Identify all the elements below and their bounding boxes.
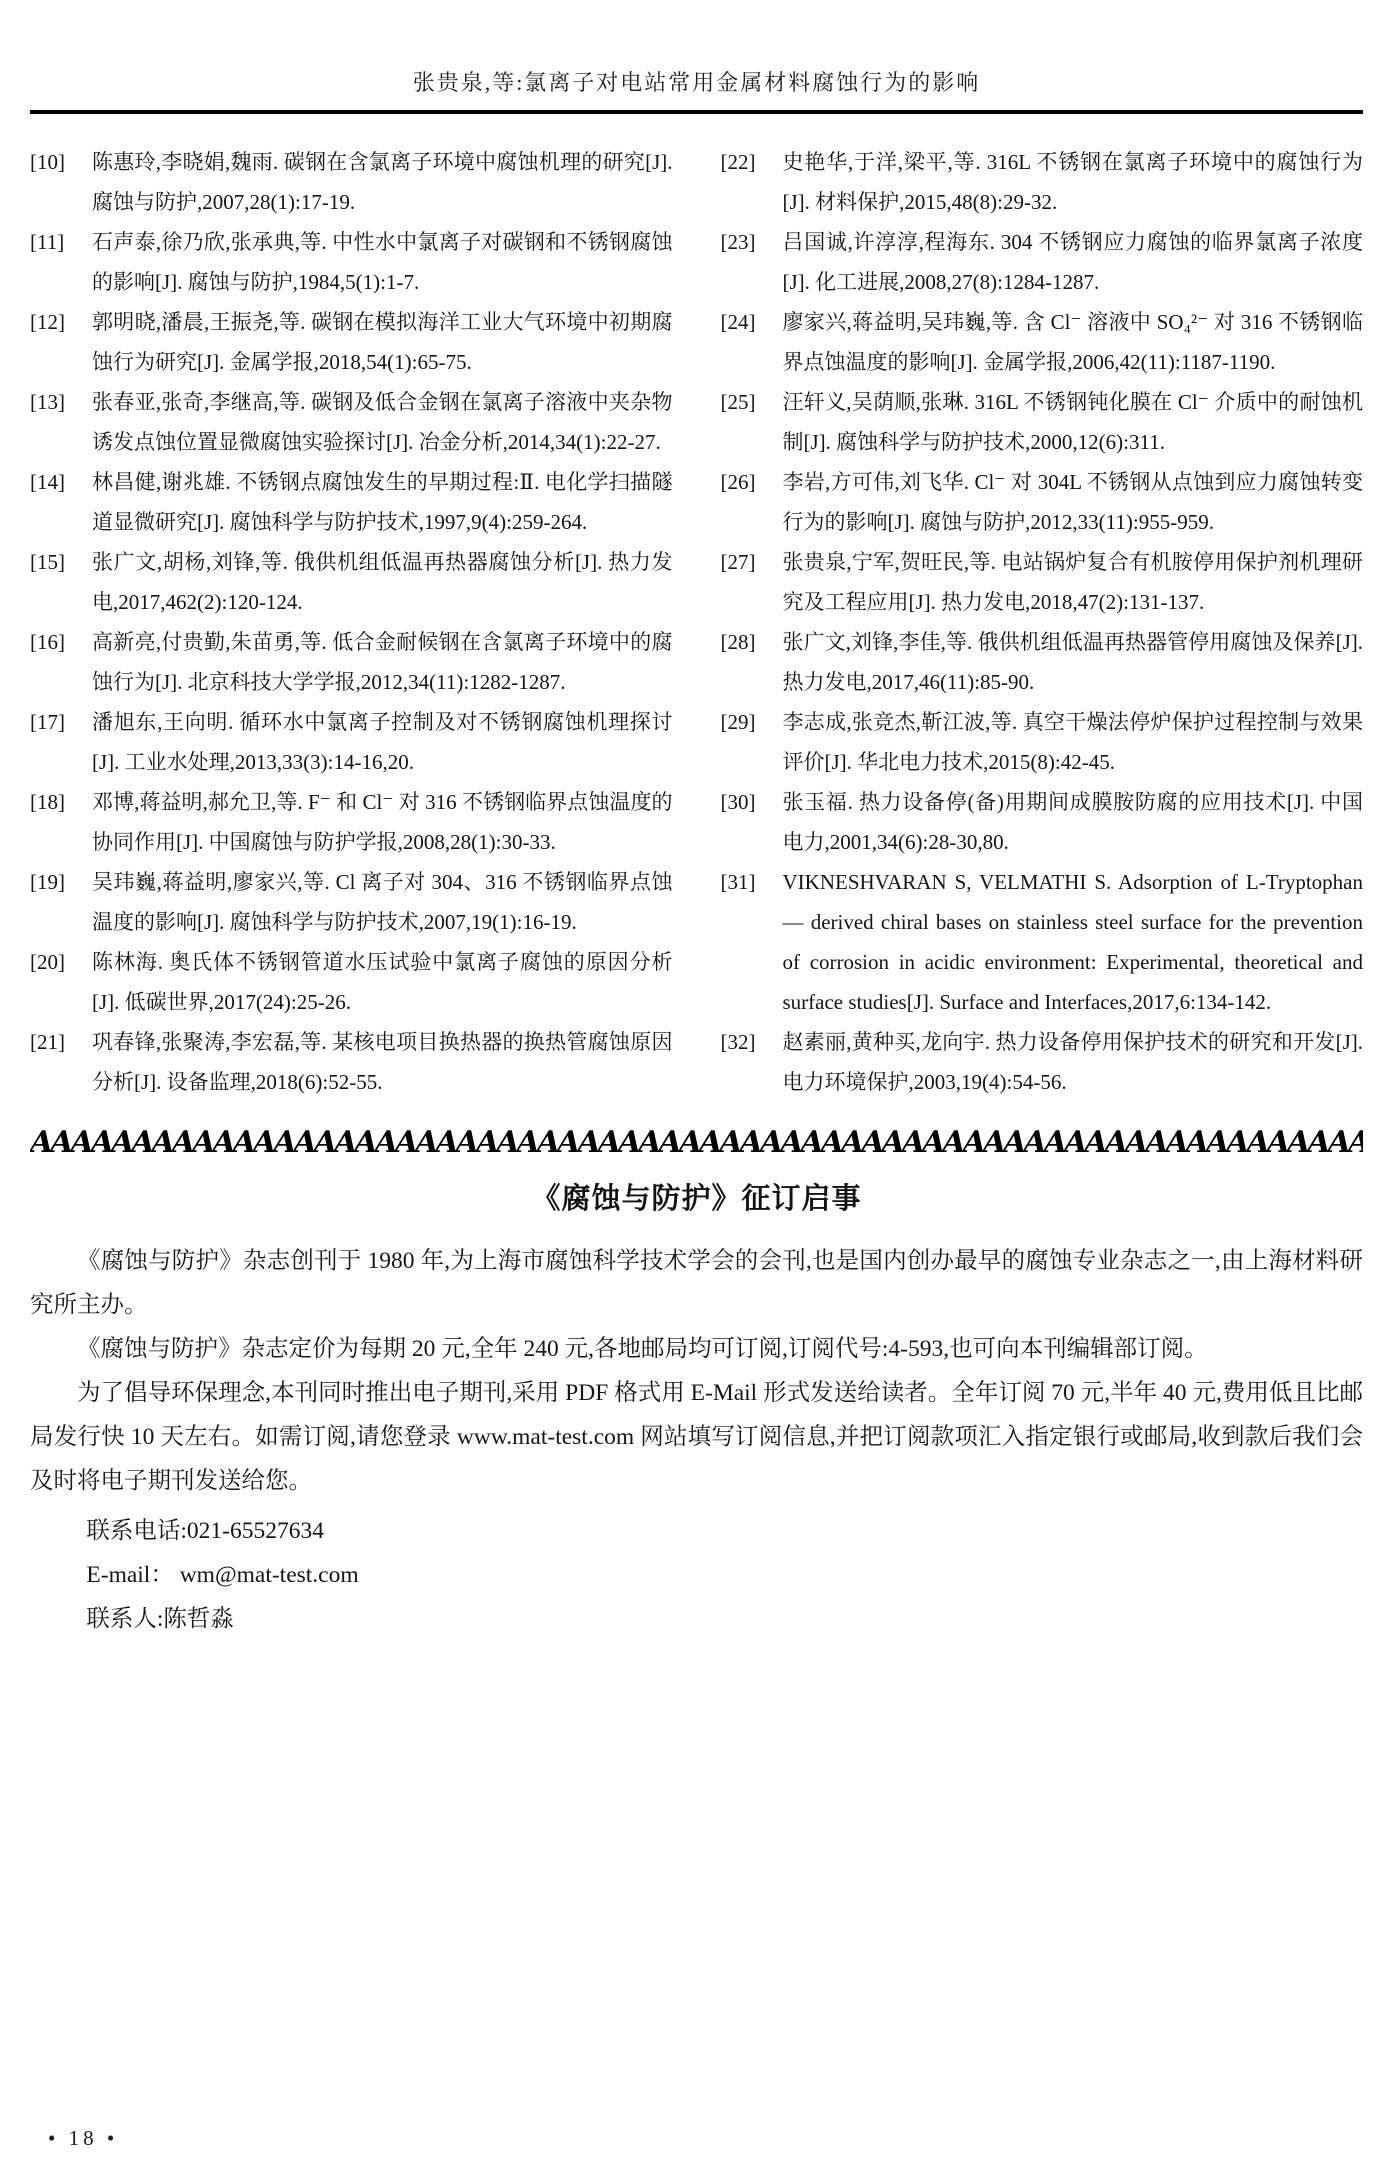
contact-line: 联系人:陈哲淼 — [30, 1597, 1363, 1641]
reference-text: 吴玮巍,蒋益明,廖家兴,等. Cl 离子对 304、316 不锈钢临界点蚀温度的… — [92, 862, 673, 942]
reference-text: 廖家兴,蒋益明,吴玮巍,等. 含 Cl⁻ 溶液中 SO₄²⁻ 对 316 不锈钢… — [783, 302, 1364, 382]
reference-text: 潘旭东,王向明. 循环水中氯离子控制及对不锈钢腐蚀机理探讨[J]. 工业水处理,… — [92, 702, 673, 782]
reference-number: [17] — [30, 702, 92, 782]
reference-text: 李岩,方可伟,刘飞华. Cl⁻ 对 304L 不锈钢从点蚀到应力腐蚀转变行为的影… — [783, 462, 1364, 542]
notice-paragraphs: 《腐蚀与防护》杂志创刊于 1980 年,为上海市腐蚀科学技术学会的会刊,也是国内… — [30, 1239, 1363, 1503]
reference-text: 陈惠玲,李晓娟,魏雨. 碳钢在含氯离子环境中腐蚀机理的研究[J]. 腐蚀与防护,… — [92, 142, 673, 222]
reference-item: [28] 张广文,刘锋,李佳,等. 俄供机组低温再热器管停用腐蚀及保养[J]. … — [721, 622, 1364, 702]
reference-item: [30] 张玉福. 热力设备停(备)用期间成膜胺防腐的应用技术[J]. 中国电力… — [721, 782, 1364, 862]
reference-text: 高新亮,付贵勤,朱苗勇,等. 低合金耐候钢在含氯离子环境中的腐蚀行为[J]. 北… — [92, 622, 673, 702]
reference-number: [16] — [30, 622, 92, 702]
reference-number: [18] — [30, 782, 92, 862]
subscription-notice: 《腐蚀与防护》征订启事 《腐蚀与防护》杂志创刊于 1980 年,为上海市腐蚀科学… — [30, 1176, 1363, 1641]
reference-item: [10] 陈惠玲,李晓娟,魏雨. 碳钢在含氯离子环境中腐蚀机理的研究[J]. 腐… — [30, 142, 673, 222]
reference-item: [18] 邓博,蒋益明,郝允卫,等. F⁻ 和 Cl⁻ 对 316 不锈钢临界点… — [30, 782, 673, 862]
references-left-column: [10] 陈惠玲,李晓娟,魏雨. 碳钢在含氯离子环境中腐蚀机理的研究[J]. 腐… — [30, 142, 673, 1102]
reference-text: 李志成,张竞杰,靳江波,等. 真空干燥法停炉保护过程控制与效果评价[J]. 华北… — [783, 702, 1364, 782]
reference-text: 赵素丽,黄种买,龙向宇. 热力设备停用保护技术的研究和开发[J]. 电力环境保护… — [783, 1022, 1364, 1102]
reference-text: 陈林海. 奥氏体不锈钢管道水压试验中氯离子腐蚀的原因分析[J]. 低碳世界,20… — [92, 942, 673, 1022]
reference-text: 巩春锋,张聚涛,李宏磊,等. 某核电项目换热器的换热管腐蚀原因分析[J]. 设备… — [92, 1022, 673, 1102]
reference-text: 邓博,蒋益明,郝允卫,等. F⁻ 和 Cl⁻ 对 316 不锈钢临界点蚀温度的协… — [92, 782, 673, 862]
notice-paragraph: 《腐蚀与防护》杂志创刊于 1980 年,为上海市腐蚀科学技术学会的会刊,也是国内… — [30, 1239, 1363, 1327]
reference-text: VIKNESHVARAN S, VELMATHI S. Adsorption o… — [783, 862, 1364, 1022]
reference-item: [19] 吴玮巍,蒋益明,廖家兴,等. Cl 离子对 304、316 不锈钢临界… — [30, 862, 673, 942]
contact-line: E-mail： wm@mat-test.com — [30, 1553, 1363, 1597]
reference-number: [13] — [30, 382, 92, 462]
reference-number: [30] — [721, 782, 783, 862]
references-section: [10] 陈惠玲,李晓娟,魏雨. 碳钢在含氯离子环境中腐蚀机理的研究[J]. 腐… — [30, 142, 1363, 1102]
reference-text: 张玉福. 热力设备停(备)用期间成膜胺防腐的应用技术[J]. 中国电力,2001… — [783, 782, 1364, 862]
page-number: • 18 • — [48, 2126, 118, 2151]
wave-separator-text: AAAAAAAAAAAAAAAAAAAAAAAAAAAAAAAAAAAAAAAA… — [30, 1126, 1363, 1160]
wave-separator: AAAAAAAAAAAAAAAAAAAAAAAAAAAAAAAAAAAAAAAA… — [30, 1126, 1363, 1162]
reference-text: 张贵泉,宁军,贺旺民,等. 电站锅炉复合有机胺停用保护剂机理研究及工程应用[J]… — [783, 542, 1364, 622]
reference-item: [20] 陈林海. 奥氏体不锈钢管道水压试验中氯离子腐蚀的原因分析[J]. 低碳… — [30, 942, 673, 1022]
reference-item: [13] 张春亚,张奇,李继高,等. 碳钢及低合金钢在氯离子溶液中夹杂物诱发点蚀… — [30, 382, 673, 462]
reference-item: [12] 郭明晓,潘晨,王振尧,等. 碳钢在模拟海洋工业大气环境中初期腐蚀行为研… — [30, 302, 673, 382]
reference-item: [21] 巩春锋,张聚涛,李宏磊,等. 某核电项目换热器的换热管腐蚀原因分析[J… — [30, 1022, 673, 1102]
reference-text: 张广文,刘锋,李佳,等. 俄供机组低温再热器管停用腐蚀及保养[J]. 热力发电,… — [783, 622, 1364, 702]
reference-number: [25] — [721, 382, 783, 462]
reference-number: [26] — [721, 462, 783, 542]
reference-number: [22] — [721, 142, 783, 222]
reference-text: 张春亚,张奇,李继高,等. 碳钢及低合金钢在氯离子溶液中夹杂物诱发点蚀位置显微腐… — [92, 382, 673, 462]
reference-number: [20] — [30, 942, 92, 1022]
reference-number: [23] — [721, 222, 783, 302]
page-header: 张贵泉,等:氯离子对电站常用金属材料腐蚀行为的影响 — [30, 66, 1363, 114]
notice-title: 《腐蚀与防护》征订启事 — [30, 1176, 1363, 1217]
reference-number: [28] — [721, 622, 783, 702]
reference-item: [29] 李志成,张竞杰,靳江波,等. 真空干燥法停炉保护过程控制与效果评价[J… — [721, 702, 1364, 782]
notice-paragraph: 《腐蚀与防护》杂志定价为每期 20 元,全年 240 元,各地邮局均可订阅,订阅… — [30, 1327, 1363, 1371]
reference-text: 史艳华,于洋,梁平,等. 316L 不锈钢在氯离子环境中的腐蚀行为[J]. 材料… — [783, 142, 1364, 222]
reference-text: 汪轩义,吴荫顺,张琳. 316L 不锈钢钝化膜在 Cl⁻ 介质中的耐蚀机制[J]… — [783, 382, 1364, 462]
reference-number: [15] — [30, 542, 92, 622]
reference-number: [19] — [30, 862, 92, 942]
reference-text: 石声泰,徐乃欣,张承典,等. 中性水中氯离子对碳钢和不锈钢腐蚀的影响[J]. 腐… — [92, 222, 673, 302]
reference-item: [23] 吕国诚,许淳淳,程海东. 304 不锈钢应力腐蚀的临界氯离子浓度[J]… — [721, 222, 1364, 302]
notice-paragraph: 为了倡导环保理念,本刊同时推出电子期刊,采用 PDF 格式用 E-Mail 形式… — [30, 1371, 1363, 1503]
reference-number: [32] — [721, 1022, 783, 1102]
reference-item: [17] 潘旭东,王向明. 循环水中氯离子控制及对不锈钢腐蚀机理探讨[J]. 工… — [30, 702, 673, 782]
reference-item: [27] 张贵泉,宁军,贺旺民,等. 电站锅炉复合有机胺停用保护剂机理研究及工程… — [721, 542, 1364, 622]
reference-number: [10] — [30, 142, 92, 222]
reference-item: [22] 史艳华,于洋,梁平,等. 316L 不锈钢在氯离子环境中的腐蚀行为[J… — [721, 142, 1364, 222]
reference-number: [21] — [30, 1022, 92, 1102]
reference-number: [31] — [721, 862, 783, 1022]
reference-number: [12] — [30, 302, 92, 382]
running-title: 张贵泉,等:氯离子对电站常用金属材料腐蚀行为的影响 — [30, 66, 1363, 97]
reference-text: 张广文,胡杨,刘锋,等. 俄供机组低温再热器腐蚀分析[J]. 热力发电,2017… — [92, 542, 673, 622]
reference-text: 郭明晓,潘晨,王振尧,等. 碳钢在模拟海洋工业大气环境中初期腐蚀行为研究[J].… — [92, 302, 673, 382]
reference-item: [11] 石声泰,徐乃欣,张承典,等. 中性水中氯离子对碳钢和不锈钢腐蚀的影响[… — [30, 222, 673, 302]
contact-line: 联系电话:021-65527634 — [30, 1509, 1363, 1553]
header-rule — [30, 110, 1363, 114]
contact-block: 联系电话:021-65527634 E-mail： wm@mat-test.co… — [30, 1509, 1363, 1641]
reference-item: [15] 张广文,胡杨,刘锋,等. 俄供机组低温再热器腐蚀分析[J]. 热力发电… — [30, 542, 673, 622]
reference-number: [24] — [721, 302, 783, 382]
reference-text: 林昌健,谢兆雄. 不锈钢点腐蚀发生的早期过程:Ⅱ. 电化学扫描隧道显微研究[J]… — [92, 462, 673, 542]
reference-text: 吕国诚,许淳淳,程海东. 304 不锈钢应力腐蚀的临界氯离子浓度[J]. 化工进… — [783, 222, 1364, 302]
reference-item: [32] 赵素丽,黄种买,龙向宇. 热力设备停用保护技术的研究和开发[J]. 电… — [721, 1022, 1364, 1102]
reference-number: [11] — [30, 222, 92, 302]
reference-item: [24] 廖家兴,蒋益明,吴玮巍,等. 含 Cl⁻ 溶液中 SO₄²⁻ 对 31… — [721, 302, 1364, 382]
reference-number: [29] — [721, 702, 783, 782]
reference-item: [25] 汪轩义,吴荫顺,张琳. 316L 不锈钢钝化膜在 Cl⁻ 介质中的耐蚀… — [721, 382, 1364, 462]
reference-item: [31] VIKNESHVARAN S, VELMATHI S. Adsorpt… — [721, 862, 1364, 1022]
reference-item: [16] 高新亮,付贵勤,朱苗勇,等. 低合金耐候钢在含氯离子环境中的腐蚀行为[… — [30, 622, 673, 702]
reference-item: [26] 李岩,方可伟,刘飞华. Cl⁻ 对 304L 不锈钢从点蚀到应力腐蚀转… — [721, 462, 1364, 542]
references-right-column: [22] 史艳华,于洋,梁平,等. 316L 不锈钢在氯离子环境中的腐蚀行为[J… — [721, 142, 1364, 1102]
reference-number: [14] — [30, 462, 92, 542]
reference-number: [27] — [721, 542, 783, 622]
journal-page: 张贵泉,等:氯离子对电站常用金属材料腐蚀行为的影响 [10] 陈惠玲,李晓娟,魏… — [0, 66, 1393, 1641]
reference-item: [14] 林昌健,谢兆雄. 不锈钢点腐蚀发生的早期过程:Ⅱ. 电化学扫描隧道显微… — [30, 462, 673, 542]
